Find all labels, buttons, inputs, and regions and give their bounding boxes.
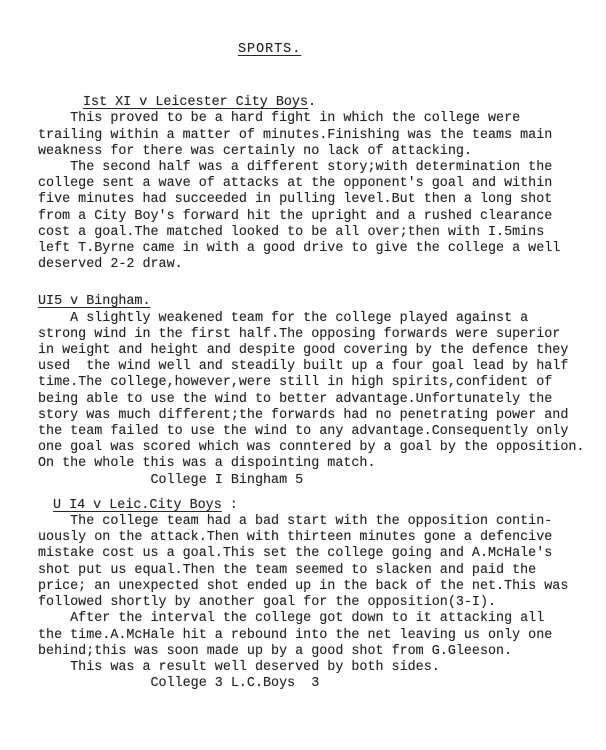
text-line: On the whole this was a dispointing matc… [38,456,600,472]
text-line: mistake cost us a goal.This set the coll… [38,546,600,562]
section-heading: Ist XI v Leicester City Boys. [38,95,600,111]
text-line: weakness for there was certainly no lack… [38,144,600,160]
section-heading-text: UI5 v Bingham. [38,294,151,309]
text-line: left T.Byrne came in with a good drive t… [38,241,600,257]
text-line: five minutes had succeeded in pulling le… [38,192,600,208]
text-line: the time.A.McHale hit a rebound into the… [38,628,600,644]
section-heading: UI5 v Bingham. [38,294,600,310]
text-line: from a City Boy's forward hit the uprigh… [38,209,600,225]
score-line: College 3 L.C.Boys 3 [38,676,600,692]
text-line: The college team had a bad start with th… [38,514,600,530]
text-line: the team failed to use the wind to any a… [38,424,600,440]
text-line: cost a goal.The matched looked to be all… [38,225,600,241]
section-1st-xi-v-leicester: Ist XI v Leicester City Boys. This prove… [38,95,600,273]
text-line: followed shortly by another goal for the… [38,595,600,611]
text-line: time.The college,however,were still in h… [38,375,600,391]
text-line: The second half was a different story;wi… [38,160,600,176]
text-line: used the wind well and steadily built up… [38,359,600,375]
section-heading-suffix: : [222,498,238,513]
text-line: behind;this was soon made up by a good s… [38,644,600,660]
page-title: SPORTS. [238,42,600,58]
text-line: price; an unexpected shot ended up in th… [38,579,600,595]
section-heading-suffix: . [308,95,316,110]
section-heading-text: U I4 v Leic.City Boys [53,498,222,513]
document-page: SPORTS. Ist XI v Leicester City Boys. Th… [0,0,606,750]
section-body: A slightly weakened team for the college… [38,311,600,473]
score-line: College I Bingham 5 [38,473,600,489]
section-body: This proved to be a hard fight in which … [38,111,600,273]
text-line: uously on the attack.Then with thirteen … [38,530,600,546]
section-u14-v-leic-city-boys: U I4 v Leic.City Boys : The college team… [38,498,600,692]
section-u15-v-bingham: UI5 v Bingham. A slightly weakened team … [38,294,600,488]
text-line: in weight and height and despite good co… [38,343,600,359]
text-line: college sent a wave of attacks at the op… [38,176,600,192]
section-heading-text: Ist XI v Leicester City Boys [83,95,308,110]
text-line: being able to use the wind to better adv… [38,392,600,408]
text-line: one goal was scored which was conntered … [38,440,600,456]
text-line: After the interval the college got down … [38,611,600,627]
text-line: shot put us equal.Then the team seemed t… [38,563,600,579]
section-heading: U I4 v Leic.City Boys : [38,498,600,514]
text-line: This was a result well deserved by both … [38,660,600,676]
text-line: A slightly weakened team for the college… [38,311,600,327]
section-body: The college team had a bad start with th… [38,514,600,676]
text-line: strong wind in the first half.The opposi… [38,327,600,343]
text-line: deserved 2-2 draw. [38,257,600,273]
text-line: trailing within a matter of minutes.Fini… [38,128,600,144]
text-line: story was much different;the forwards ha… [38,408,600,424]
text-line: This proved to be a hard fight in which … [38,111,600,127]
